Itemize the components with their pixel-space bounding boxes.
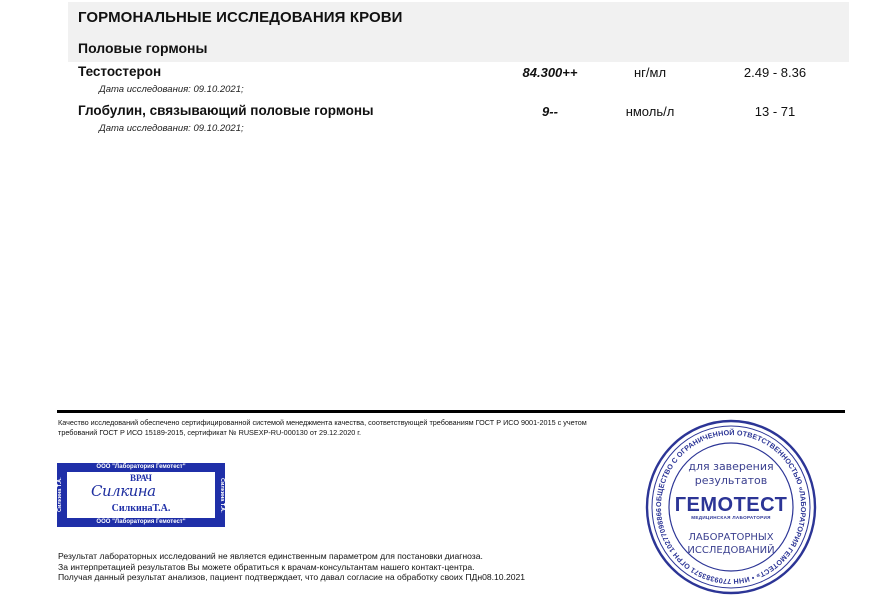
doctor-name: СилкинаТ.А. bbox=[57, 503, 225, 514]
group-title: Половые гормоны bbox=[78, 40, 207, 56]
disclaimer-line: За интерпретацией результатов Вы можете … bbox=[58, 562, 618, 573]
seal-line-1: для заверения bbox=[688, 460, 773, 473]
test-value: 84.300++ bbox=[490, 65, 610, 80]
test-date: Дата исследования: 09.10.2021; bbox=[99, 84, 244, 95]
seal-brand: ГЕМОТЕСТ bbox=[675, 494, 788, 516]
test-date: Дата исследования: 09.10.2021; bbox=[99, 123, 244, 134]
seal-line-2: результатов bbox=[695, 474, 767, 487]
test-value: 9-- bbox=[490, 104, 610, 119]
doctor-stamp-org-top: ООО "Лаборатория Гемотест" bbox=[57, 463, 225, 472]
laboratory-seal: ОБЩЕСТВО С ОГРАНИЧЕННОЙ ОТВЕТСТВЕННОСТЬЮ… bbox=[645, 418, 817, 596]
test-name: Тестостерон bbox=[78, 64, 161, 79]
test-unit: нмоль/л bbox=[600, 104, 700, 119]
test-name: Глобулин, связывающий половые гормоны bbox=[78, 103, 374, 118]
disclaimer: Результат лабораторных исследований не я… bbox=[58, 551, 618, 583]
seal-brand-sub: МЕДИЦИНСКАЯ ЛАБОРАТОРИЯ bbox=[691, 515, 770, 520]
disclaimer-line: Получая данный результат анализов, пацие… bbox=[58, 572, 618, 583]
section-title: ГОРМОНАЛЬНЫЕ ИССЛЕДОВАНИЯ КРОВИ bbox=[78, 9, 403, 26]
footer-divider bbox=[57, 410, 845, 413]
doctor-signature: Силкина bbox=[91, 482, 156, 500]
doctor-stamp: ООО "Лаборатория Гемотест" ООО "Лаборато… bbox=[57, 463, 225, 527]
disclaimer-line: Результат лабораторных исследований не я… bbox=[58, 551, 618, 562]
quality-note: Качество исследований обеспечено сертифи… bbox=[58, 418, 626, 438]
doctor-stamp-org-bottom: ООО "Лаборатория Гемотест" bbox=[57, 518, 225, 527]
test-reference-range: 2.49 - 8.36 bbox=[720, 65, 830, 80]
seal-line-4: ИССЛЕДОВАНИЙ bbox=[687, 543, 774, 556]
test-unit: нг/мл bbox=[600, 65, 700, 80]
seal-line-3: ЛАБОРАТОРНЫХ bbox=[688, 532, 773, 543]
test-reference-range: 13 - 71 bbox=[720, 104, 830, 119]
